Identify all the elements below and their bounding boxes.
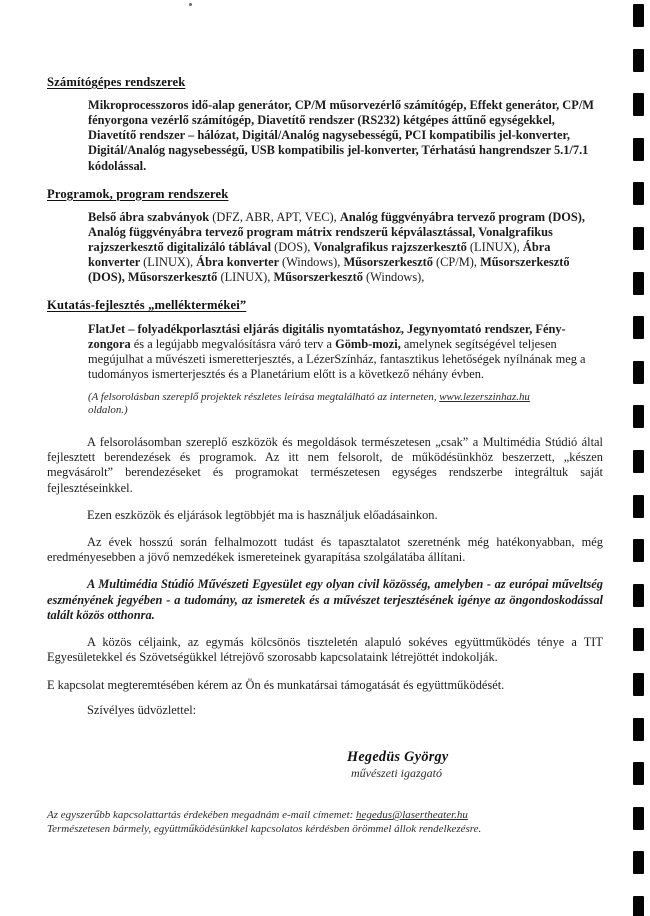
binding-mark [633,851,644,874]
binding-mark [633,718,644,741]
paragraph-association: A Multimédia Stúdió Művészeti Egyesület … [47,577,603,623]
text-run: oldalon.) [88,404,128,416]
computer-systems-list: Mikroprocesszoros idő-alap generátor, CP… [88,98,600,173]
text-run: Vonalgrafikus rajzszerkesztő [313,240,469,254]
text-run: Mikroprocesszoros idő-alap generátor, CP… [88,98,594,172]
text-run: E kapcsolat megteremtésében kérem az Ön … [47,678,504,692]
text-run: A Multimédia Stúdió Művészeti Egyesület … [47,577,603,621]
binding-mark [633,896,644,916]
section-heading-computer-systems: Számítógépes rendszerek [47,75,603,90]
binding-mark [633,93,644,116]
binding-mark [633,584,644,607]
binding-mark [633,361,644,384]
binding-mark [633,628,644,651]
footer-contact-line: Az egyszerűbb kapcsolattartás érdekében … [47,808,603,822]
text-run: Szívélyes üdvözlettel: [87,703,196,717]
text-run: (CP/M), [436,255,480,269]
binding-mark [633,272,644,295]
binding-mark [633,405,644,428]
paragraph-knowledge: Az évek hosszú során felhalmozott tudást… [47,535,603,565]
binding-mark [633,495,644,518]
paragraph-cooperation: A közös céljaink, az egymás kölcsönös ti… [47,635,603,665]
scanned-letter-page: Számítógépes rendszerekMikroprocesszoros… [0,0,650,916]
text-run: (Windows), [366,270,424,284]
research-byproducts-list: FlatJet – folyadékporlasztási eljárás di… [88,322,600,382]
text-run: Hegedüs György [347,749,449,765]
text-run: Az egyszerűbb kapcsolattartás érdekében … [47,809,356,821]
text-run: (LINUX), [470,240,523,254]
text-run: Természetesen bármely, együttműködésünkk… [47,823,481,835]
text-run: (Windows), [282,255,343,269]
binding-mark [633,539,644,562]
text-run: A felsorolásomban szereplő eszközök és m… [47,435,603,495]
text-run: (DFZ, ABR, APT, VEC), [212,210,340,224]
text-run: Az évek hosszú során felhalmozott tudást… [47,535,603,564]
signature-title: művészeti igazgató [351,766,603,781]
paragraph-support-request: E kapcsolat megteremtésében kérem az Ön … [47,678,603,693]
closing-salutation: Szívélyes üdvözlettel: [47,703,603,718]
text-run: (DOS), [274,240,313,254]
text-run: Számítógépes rendszerek [47,75,185,89]
binding-mark [633,807,644,830]
binding-mark [633,4,644,27]
section-heading-programs: Programok, program rendszerek [47,187,603,202]
website-link[interactable]: www.lezerszinhaz.hu [439,391,530,403]
text-run: Gömb-mozi, [335,337,401,351]
text-run: Műsorszerkesztő [273,270,366,284]
programs-list: Belső ábra szabványok (DFZ, ABR, APT, VE… [88,210,600,285]
binding-mark [633,138,644,161]
text-run: Műsorszerkesztő [343,255,436,269]
text-run: A közös céljaink, az egymás kölcsönös ti… [47,635,603,664]
text-run: Ezen eszközök és eljárások legtöbbjét ma… [87,508,438,522]
binding-mark [633,182,644,205]
paragraph-own-devices: A felsorolásomban szereplő eszközök és m… [47,435,603,496]
text-run: (LINUX), [143,255,196,269]
text-run: (A felsorolásban szereplő projektek rész… [88,391,439,403]
paragraph-still-in-use: Ezen eszközök és eljárások legtöbbjét ma… [47,508,603,523]
text-run: Ábra konverter [196,255,282,269]
binding-mark [633,49,644,72]
signature-name: Hegedüs György [347,750,603,765]
text-run: Programok, program rendszerek [47,187,228,201]
text-run: és a legújabb megvalósításra váró terv a [134,337,335,351]
text-run: Kutatás-fejlesztés „melléktermékei” [47,298,246,312]
binding-mark [633,316,644,339]
projects-note: (A felsorolásban szereplő projektek rész… [88,391,540,418]
scan-speck [189,3,192,6]
binding-mark [633,762,644,785]
binding-mark [633,450,644,473]
text-run: művészeti igazgató [351,766,442,780]
footer-availability-line: Természetesen bármely, együttműködésünkk… [47,822,603,836]
section-heading-research: Kutatás-fejlesztés „melléktermékei” [47,298,603,313]
binding-mark [633,227,644,250]
binding-mark [633,673,644,696]
text-run: Belső ábra szabványok [88,210,212,224]
email-link[interactable]: hegedus@lasertheater.hu [356,809,468,821]
text-run: (LINUX), [220,270,273,284]
letter: Számítógépes rendszerekMikroprocesszoros… [47,75,603,836]
